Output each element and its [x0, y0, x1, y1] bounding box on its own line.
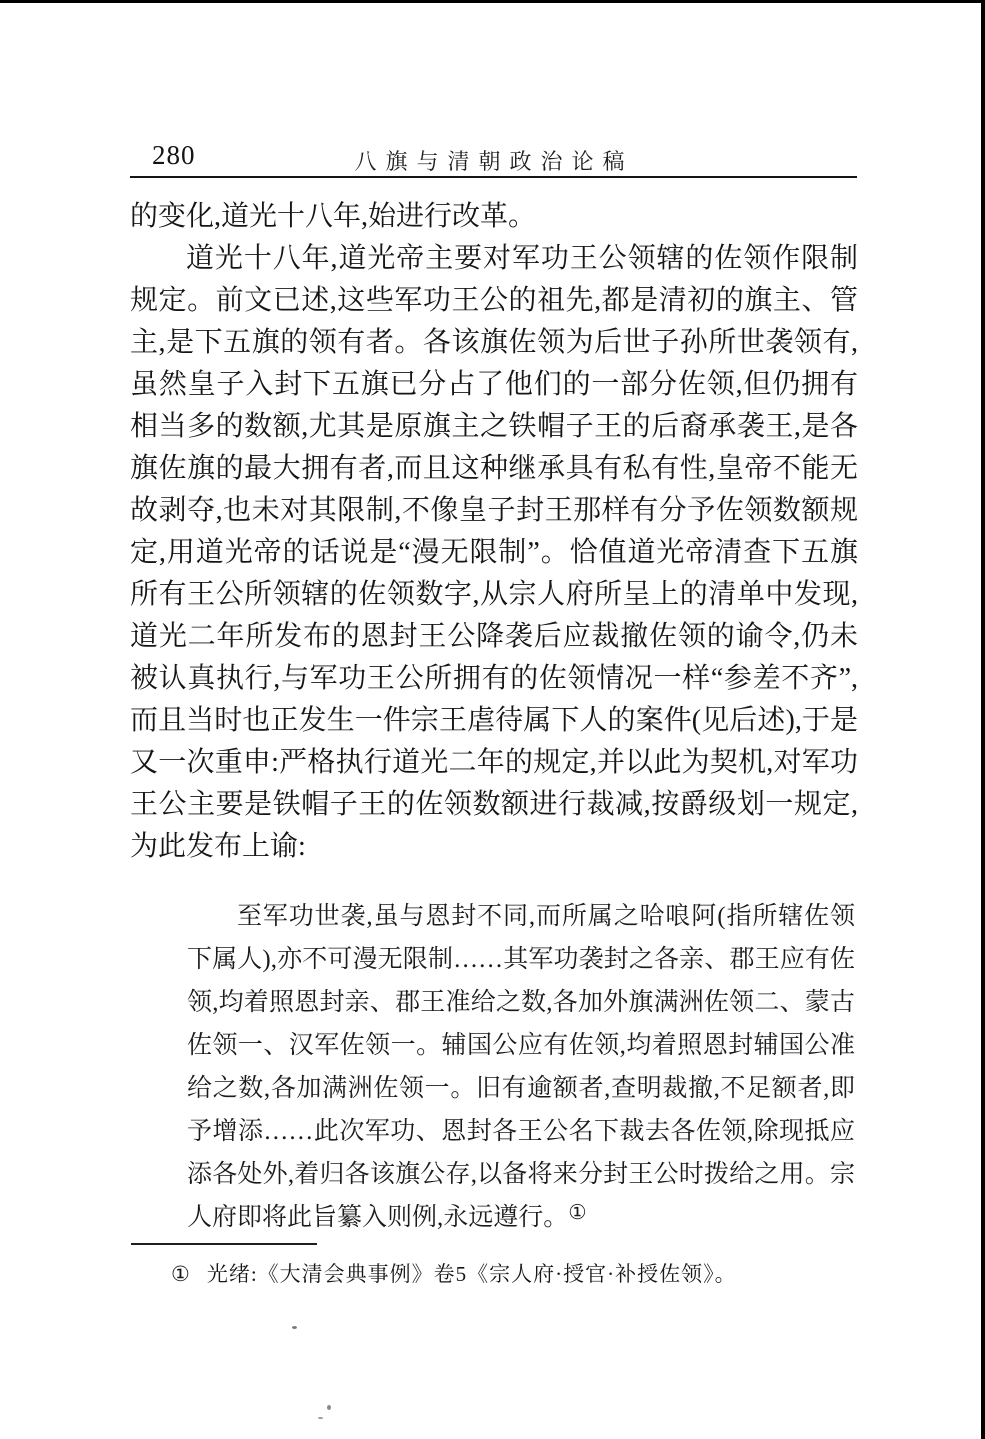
scan-speck — [292, 1326, 297, 1329]
paragraph-continuation: 的变化,道光十八年,始进行改革。 — [130, 196, 858, 238]
book-page: 280 八旗与清朝政治论稿 的变化,道光十八年,始进行改革。 道光十八年,道光帝… — [0, 0, 985, 1439]
body-text: 的变化,道光十八年,始进行改革。 道光十八年,道光帝主要对军功王公领辖的佐领作限… — [130, 196, 858, 1239]
header-rule — [130, 176, 857, 178]
main-paragraph: 道光十八年,道光帝主要对军功王公领辖的佐领作限制规定。前文已述,这些军功王公的祖… — [130, 238, 858, 868]
edict-quote-text: 至军功世袭,虽与恩封不同,而所属之哈哴阿(指所辖佐领下属人),亦不可漫无限制……… — [187, 903, 855, 1231]
scan-border-top — [0, 0, 985, 3]
scan-speck — [327, 1405, 331, 1410]
running-header-title: 八旗与清朝政治论稿 — [130, 145, 858, 176]
footnote-marker: ① — [171, 1262, 191, 1286]
edict-quote-block: 至军功世袭,虽与恩封不同,而所属之哈哴阿(指所辖佐领下属人),亦不可漫无限制……… — [187, 895, 855, 1239]
footnote: ①光绪:《大清会典事例》卷5《宗人府·授官·补授佐领》。 — [171, 1258, 861, 1288]
footnote-text: 光绪:《大清会典事例》卷5《宗人府·授官·补授佐领》。 — [207, 1262, 737, 1286]
scan-speck — [318, 1417, 323, 1419]
footnote-divider — [131, 1243, 317, 1245]
footnote-reference-mark: ① — [568, 1202, 586, 1224]
scan-border-right — [981, 0, 985, 1439]
